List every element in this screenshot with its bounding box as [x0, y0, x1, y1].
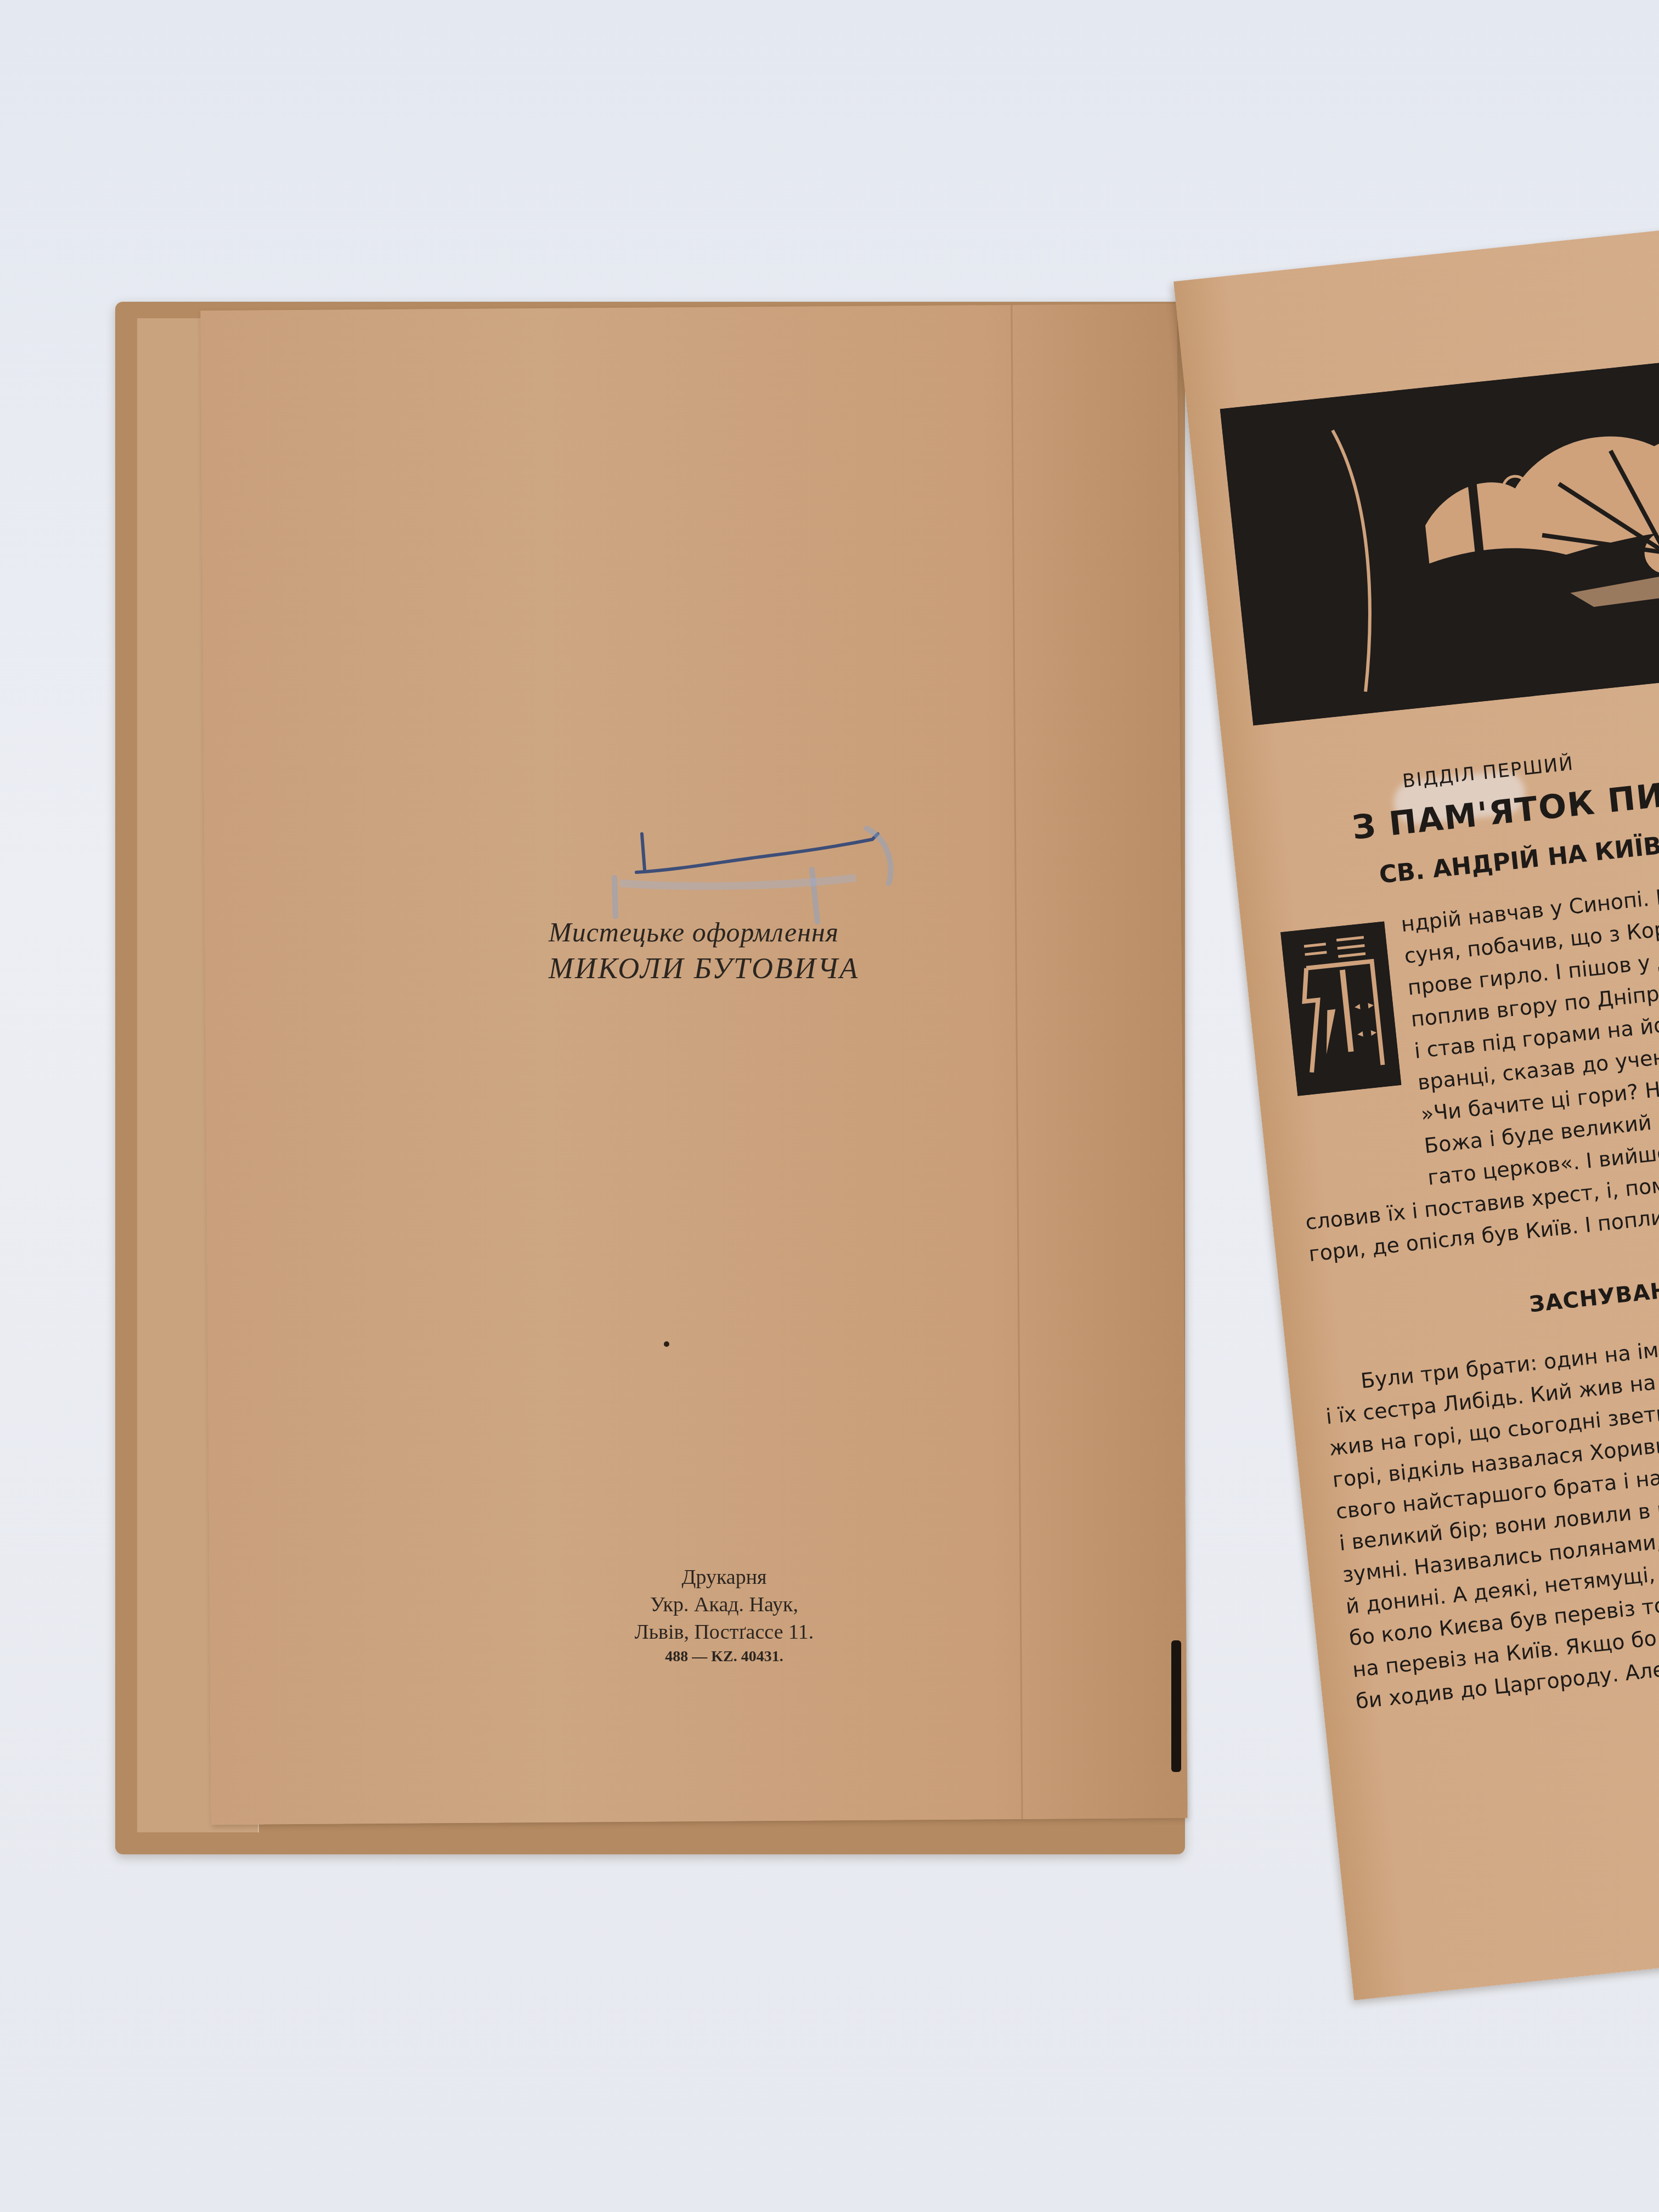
right-page[interactable]: ВІДДІЛ ПЕРШИЙ З ПАМ'ЯТОК ПИСЬМЕНСТВ СВ. …: [1173, 224, 1659, 2000]
imprint-code: 488 — KZ. 40431.: [603, 1648, 845, 1666]
imprint-line: Львів, Постґассе 11.: [603, 1618, 845, 1646]
decorated-initial: [1280, 921, 1401, 1096]
ink-spot: [664, 1341, 669, 1347]
design-credit-line1: Мистецьке оформлення: [549, 916, 889, 948]
imprint-line: Друкарня: [603, 1564, 845, 1591]
woodcut-illustration: [1220, 352, 1659, 725]
woodcut-scene-icon: [1220, 352, 1659, 725]
torn-spine: [1171, 1640, 1181, 1772]
design-credit: Мистецьке оформлення МИКОЛИ БУТОВИЧА: [549, 916, 889, 985]
story1-paragraph-wrapped: ндрій навчав у Синопі. Коли суня, побачи…: [1400, 876, 1659, 1098]
imprint-line: Укр. Акад. Наук,: [603, 1591, 845, 1618]
story-title: ЗАСНУВАННЯ КИЄВА: [1528, 1264, 1659, 1318]
printer-imprint: Друкарня Укр. Акад. Наук, Львів, Постґас…: [603, 1564, 845, 1666]
handwritten-signature: [582, 817, 911, 927]
story2-paragraph: Були три брати: один на ім'я Кий, другий…: [1321, 1317, 1659, 1718]
design-credit-artist: МИКОЛИ БУТОВИЧА: [549, 951, 889, 985]
initial-letter-a-icon: [1280, 921, 1401, 1096]
